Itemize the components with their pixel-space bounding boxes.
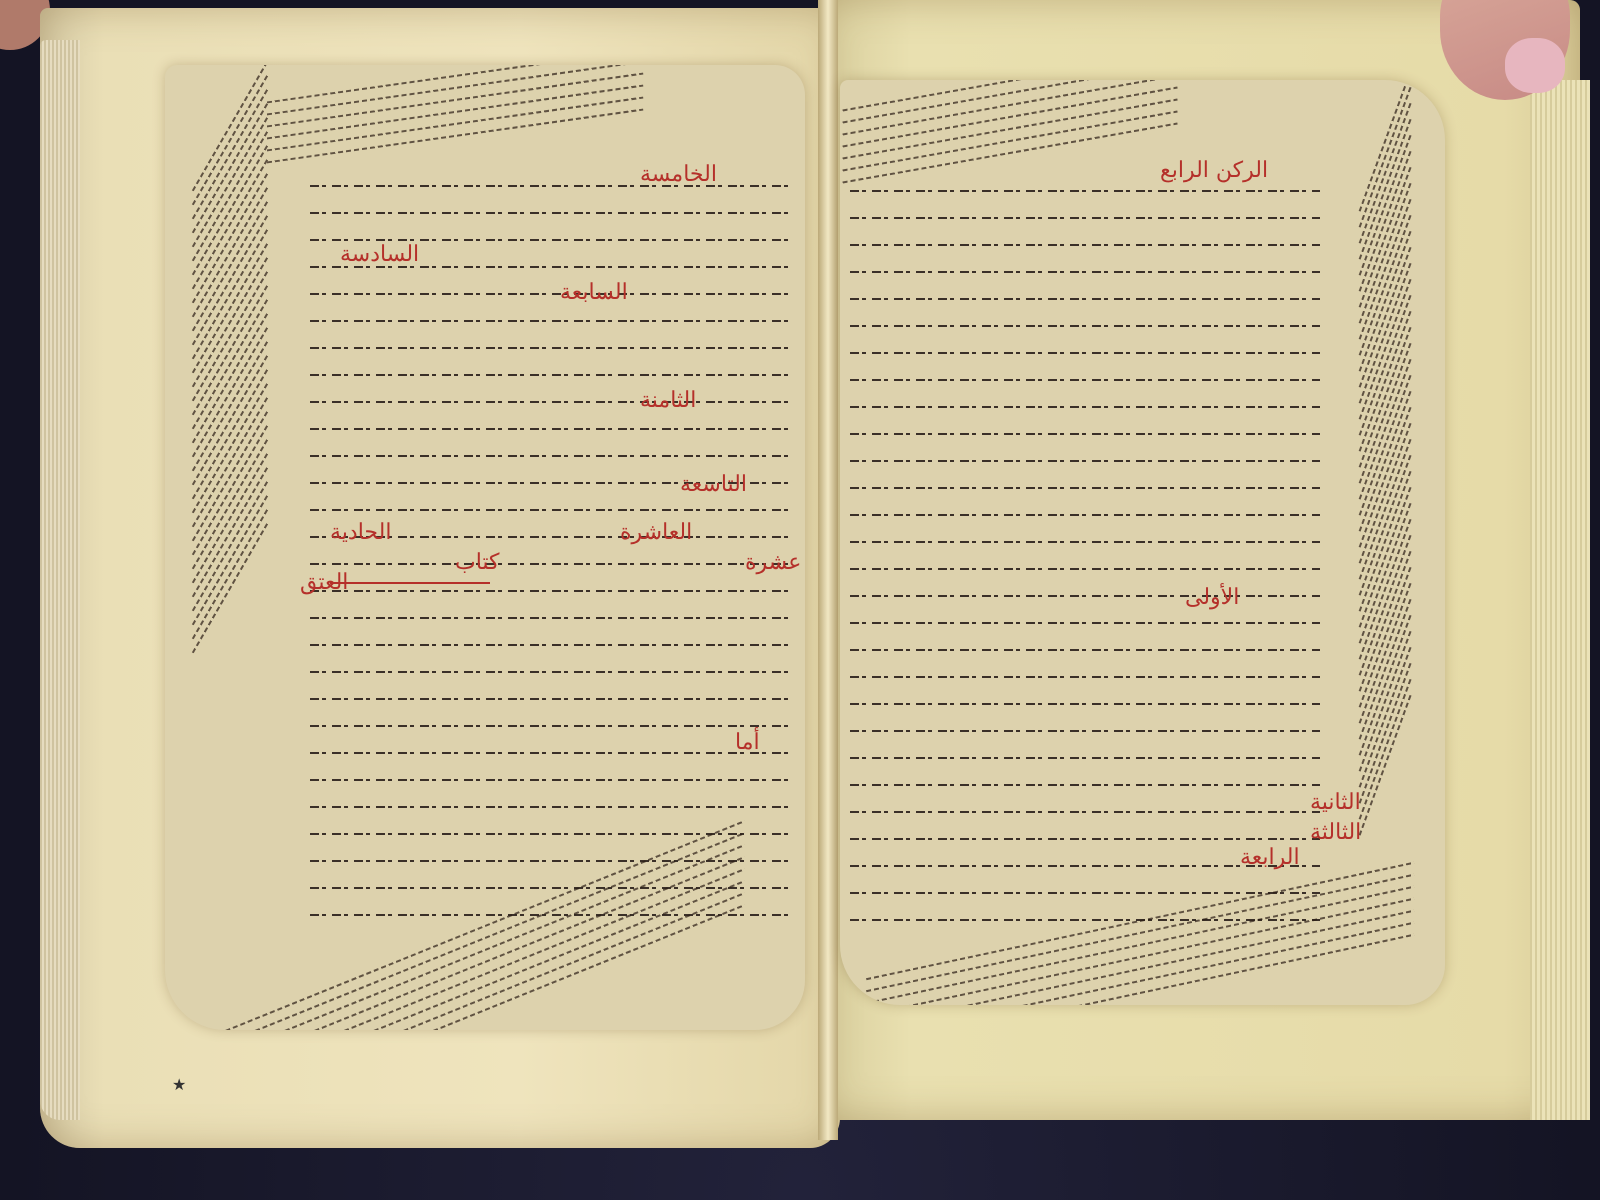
star-mark: ★ <box>172 1075 186 1094</box>
red-rubric-heading: الحادية <box>330 520 391 545</box>
manuscript-text-line <box>850 892 1320 894</box>
marginal-annotation-line <box>267 73 644 127</box>
manuscript-text-line <box>310 590 790 592</box>
manuscript-text-line <box>850 406 1320 408</box>
red-rubric-heading: الخامسة <box>640 162 717 187</box>
manuscript-text-line <box>850 757 1320 759</box>
manuscript-text-line <box>310 887 790 889</box>
manuscript-text-line <box>850 325 1320 327</box>
manuscript-text-line <box>850 217 1320 219</box>
manuscript-text-line <box>850 514 1320 516</box>
manuscript-text-line <box>850 649 1320 651</box>
red-rubric-heading: الركن الرابع <box>1160 158 1268 183</box>
manuscript-text-line <box>310 779 790 781</box>
manuscript-text-line <box>310 725 790 727</box>
marginal-annotation-line <box>842 122 1177 183</box>
marginal-annotation-line <box>267 65 644 115</box>
manuscript-text-line <box>850 676 1320 678</box>
manuscript-text-line <box>310 347 790 349</box>
manuscript-text-line <box>310 617 790 619</box>
book-spine <box>818 0 838 1140</box>
manuscript-text-line <box>310 320 790 322</box>
manuscript-text-line <box>310 428 790 430</box>
manuscript-text-line <box>310 401 790 403</box>
thumbnail <box>1505 38 1565 93</box>
marginal-annotation-line <box>192 74 268 205</box>
manuscript-text-line <box>850 541 1320 543</box>
right-text-block <box>840 80 1445 1005</box>
manuscript-text-line <box>310 806 790 808</box>
marginal-annotation-line <box>866 886 1414 1004</box>
manuscript-text-line <box>310 752 790 754</box>
red-rubric-heading: الثالثة <box>1310 820 1361 845</box>
marginal-annotation-line <box>225 880 745 1030</box>
kitab-heading-rule <box>330 582 490 584</box>
red-rubric-heading: الأولى <box>1185 585 1239 610</box>
manuscript-text-line <box>850 622 1320 624</box>
marginal-annotation-line <box>192 88 268 219</box>
manuscript-text-line <box>310 644 790 646</box>
manuscript-text-line <box>850 703 1320 705</box>
manuscript-text-line <box>850 595 1320 597</box>
manuscript-text-line <box>850 271 1320 273</box>
red-rubric-heading: كتاب <box>455 550 500 575</box>
left-text-block <box>165 65 805 1030</box>
manuscript-text-line <box>850 244 1320 246</box>
red-rubric-heading: العاشرة <box>620 520 692 545</box>
manuscript-text-line <box>310 185 790 187</box>
manuscript-text-line <box>850 811 1320 813</box>
marginal-annotation-line <box>192 65 268 191</box>
manuscript-text-line <box>310 374 790 376</box>
red-rubric-heading: التاسعة <box>680 472 747 497</box>
manuscript-text-line <box>310 509 790 511</box>
red-rubric-heading: الرابعة <box>1240 845 1300 870</box>
manuscript-text-line <box>850 379 1320 381</box>
manuscript-text-line <box>310 860 790 862</box>
manuscript-text-line <box>310 455 790 457</box>
left-page-edges <box>40 40 80 1120</box>
marginal-annotation-line <box>267 65 644 103</box>
right-page-edges <box>1530 80 1590 1120</box>
marginal-annotation-line <box>1359 80 1412 211</box>
red-rubric-heading: الثانية <box>1310 790 1361 815</box>
marginal-annotation-line <box>842 110 1177 171</box>
manuscript-text-line <box>850 460 1320 462</box>
manuscript-text-line <box>850 784 1320 786</box>
manuscript-text-line <box>850 298 1320 300</box>
manuscript-text-line <box>310 833 790 835</box>
manuscript-text-line <box>310 671 790 673</box>
manuscript-text-line <box>850 730 1320 732</box>
manuscript-text-line <box>310 239 790 241</box>
manuscript-text-line <box>850 433 1320 435</box>
marginal-annotation-line <box>842 86 1177 147</box>
manuscript-text-line <box>850 838 1320 840</box>
manuscript-text-line <box>310 293 790 295</box>
red-rubric-heading: أما <box>735 730 760 755</box>
marginal-annotation-line <box>225 856 745 1030</box>
manuscript-text-line <box>850 352 1320 354</box>
manuscript-text-line <box>850 487 1320 489</box>
manuscript-text-line <box>850 568 1320 570</box>
manuscript-text-line <box>850 190 1320 192</box>
red-rubric-heading: الثامنة <box>640 388 696 413</box>
manuscript-text-line <box>310 563 790 565</box>
red-rubric-heading: السادسة <box>340 242 419 267</box>
manuscript-text-line <box>310 212 790 214</box>
red-rubric-heading: السابعة <box>560 280 628 305</box>
red-rubric-heading: عشرة <box>745 550 801 575</box>
manuscript-text-line <box>310 698 790 700</box>
marginal-annotation-line <box>842 98 1177 159</box>
